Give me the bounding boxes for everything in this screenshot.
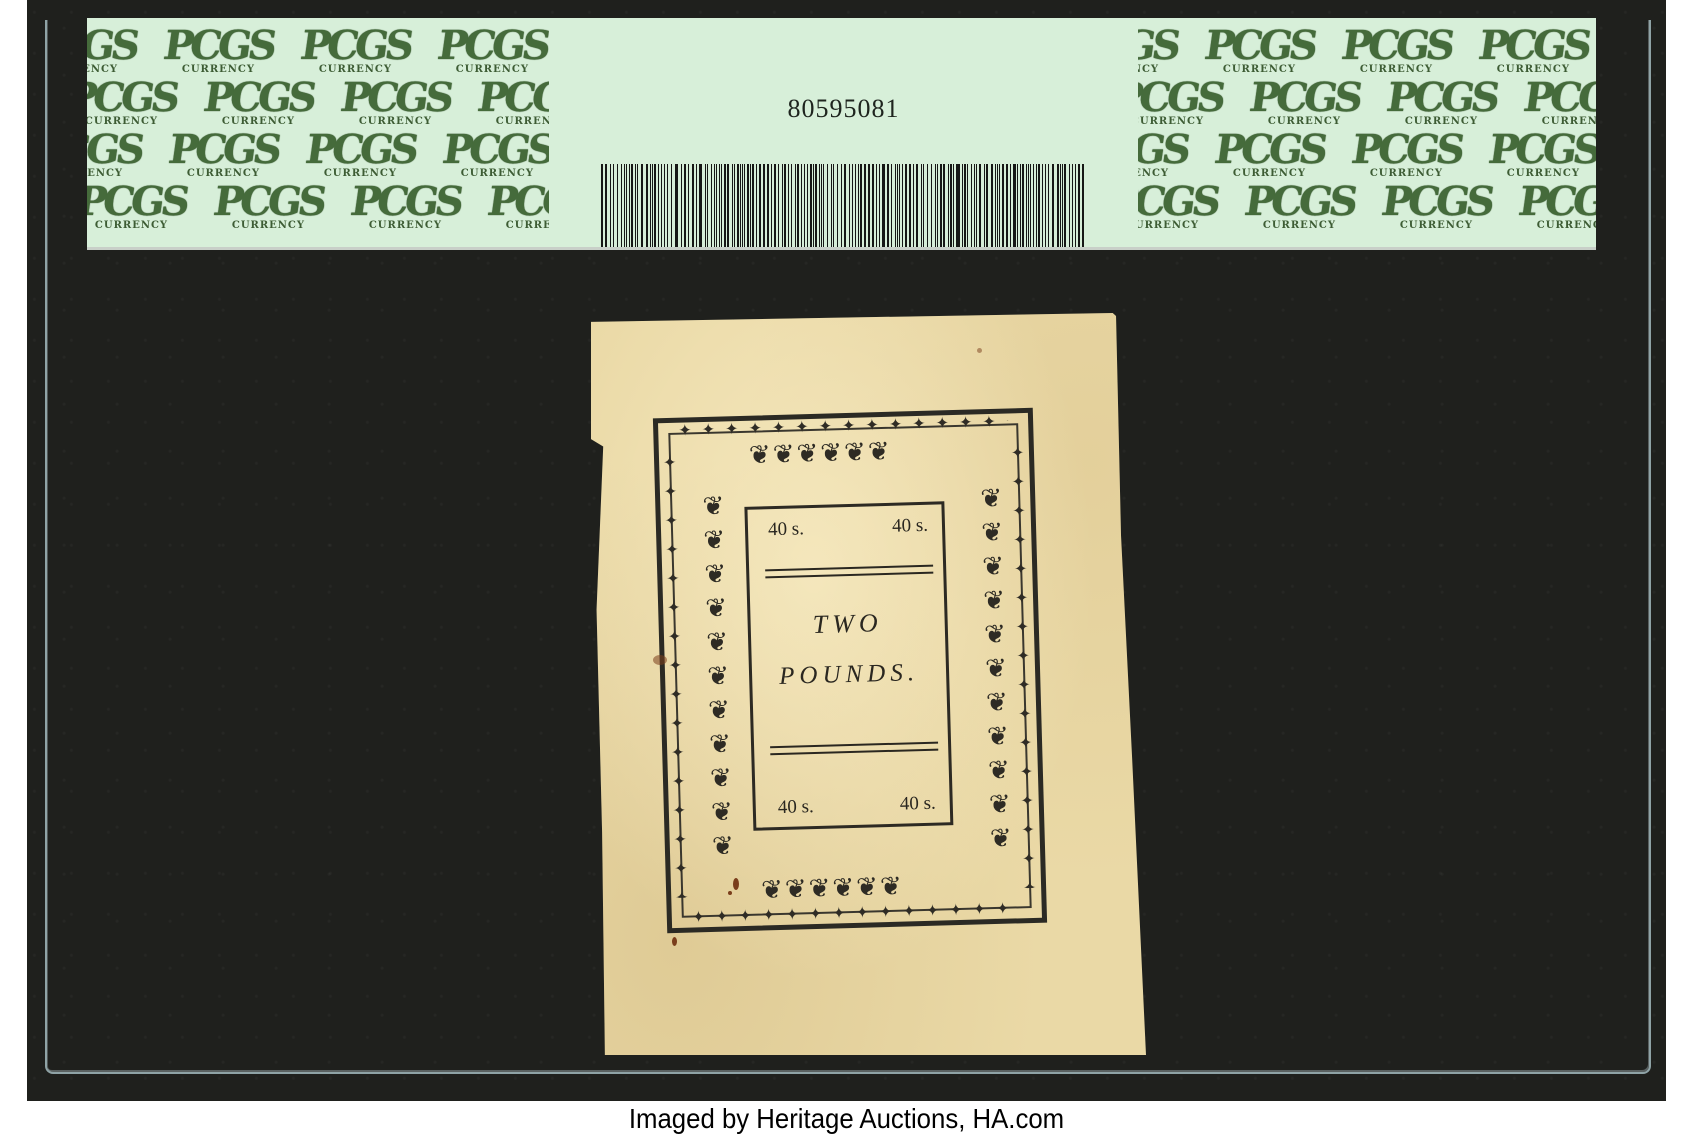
pcgs-logo-icon: PCGSCURRENCY xyxy=(87,132,141,179)
cert-number: 80595081 xyxy=(549,94,1138,124)
value-panel: 40 s. 40 s. TWO POUNDS. 40 s. 40 s. xyxy=(744,501,953,830)
pcgs-logo-icon: PCGSCURRENCY xyxy=(1245,184,1354,231)
denomination-top-right: 40 s. xyxy=(892,515,929,538)
pcgs-pattern-row: PCGSCURRENCYPCGSCURRENCYPCGSCURRENCYPCGS… xyxy=(1138,28,1596,75)
pcgs-pattern-row: PCGSCURRENCYPCGSCURRENCYPCGSCURRENCYPCGS… xyxy=(1138,132,1596,179)
pcgs-logo-icon: PCGSCURRENCY xyxy=(204,80,313,127)
rule-line xyxy=(765,572,933,579)
rule-line xyxy=(770,749,938,756)
pcgs-logo-icon: PCGSCURRENCY xyxy=(1205,28,1314,75)
cert-block: 80595081 PCGS Currency(SM) is a trademar… xyxy=(549,18,1138,247)
pcgs-logo-icon: PCGSCURRENCY xyxy=(1138,28,1177,75)
value-word-pounds: POUNDS. xyxy=(752,658,947,691)
rule-line xyxy=(770,742,938,749)
scroll-ornament-top: ❦❦❦❦❦❦ xyxy=(749,439,892,469)
stain-spot xyxy=(672,937,677,946)
pcgs-pattern-row: PCGSCURRENCYPCGSCURRENCYPCGSCURRENCYPCGS… xyxy=(87,28,549,75)
value-word-two: TWO xyxy=(750,606,945,641)
pcgs-logo-icon: PCGSCURRENCY xyxy=(1519,184,1596,231)
pcgs-logo-icon: PCGSCURRENCY xyxy=(1382,184,1491,231)
pcgs-logo-icon: PCGSCURRENCY xyxy=(87,184,186,231)
pcgs-logo-icon: PCGSCURRENCY xyxy=(306,132,415,179)
pcgs-label: PCGSCURRENCYPCGSCURRENCYPCGSCURRENCYPCGS… xyxy=(87,18,1596,250)
stain-spot xyxy=(733,878,739,890)
pcgs-pattern-row: PCGSCURRENCYPCGSCURRENCYPCGSCURRENCYPCGS… xyxy=(87,80,549,127)
rule-line xyxy=(765,565,933,572)
stain-spot xyxy=(728,891,732,895)
stain-spot xyxy=(653,655,667,665)
stain-spot xyxy=(977,348,982,353)
pcgs-logo-icon: PCGSCURRENCY xyxy=(1342,28,1451,75)
pcgs-logo-icon: PCGSCURRENCY xyxy=(478,80,549,127)
pcgs-logo-icon: PCGSCURRENCY xyxy=(1352,132,1461,179)
pcgs-logo-icon: PCGSCURRENCY xyxy=(1138,184,1217,231)
denomination-bottom-left: 40 s. xyxy=(778,796,815,819)
pcgs-logo-icon: PCGSCURRENCY xyxy=(301,28,410,75)
denomination-top-left: 40 s. xyxy=(768,518,805,541)
pcgs-logo-icon: PCGSCURRENCY xyxy=(1138,80,1222,127)
pcgs-logo-icon: PCGSCURRENCY xyxy=(1489,132,1596,179)
pcgs-logo-icon: PCGSCURRENCY xyxy=(1138,132,1187,179)
scroll-ornament-bottom: ❦❦❦❦❦❦ xyxy=(761,874,904,904)
pcgs-logo-icon: PCGSCURRENCY xyxy=(164,28,273,75)
pcgs-logo-icon: PCGSCURRENCY xyxy=(351,184,460,231)
image-credit-caption: Imaged by Heritage Auctions, HA.com xyxy=(68,1103,1626,1135)
pcgs-logo-icon: PCGSCURRENCY xyxy=(1250,80,1359,127)
pcgs-logo-icon: PCGSCURRENCY xyxy=(169,132,278,179)
pcgs-logo-icon: PCGSCURRENCY xyxy=(1524,80,1596,127)
ornamental-frame: ✦✦✦✦✦✦✦✦✦✦✦✦✦✦✦✦ ✦✦✦✦✦✦✦✦✦✦✦✦✦✦✦✦ ✦✦✦✦✦✦… xyxy=(653,408,1047,933)
pcgs-logo-icon: PCGSCURRENCY xyxy=(443,132,549,179)
barcode-icon xyxy=(601,164,1086,250)
pcgs-logo-icon: PCGSCURRENCY xyxy=(87,80,176,127)
banknote: ✦✦✦✦✦✦✦✦✦✦✦✦✦✦✦✦ ✦✦✦✦✦✦✦✦✦✦✦✦✦✦✦✦ ✦✦✦✦✦✦… xyxy=(591,313,1146,1055)
pcgs-pattern-row: PCGSCURRENCYPCGSCURRENCYPCGSCURRENCYPCGS… xyxy=(87,132,549,179)
pcgs-pattern-left: PCGSCURRENCYPCGSCURRENCYPCGSCURRENCYPCGS… xyxy=(87,18,549,247)
pcgs-logo-icon: PCGSCURRENCY xyxy=(1387,80,1496,127)
pcgs-logo-icon: PCGSCURRENCY xyxy=(1479,28,1588,75)
pcgs-pattern-row: PCGSCURRENCYPCGSCURRENCYPCGSCURRENCYPCGS… xyxy=(87,184,549,231)
pcgs-logo-icon: PCGSCURRENCY xyxy=(341,80,450,127)
pcgs-logo-icon: PCGSCURRENCY xyxy=(1215,132,1324,179)
pcgs-logo-icon: PCGSCURRENCY xyxy=(87,28,136,75)
denomination-bottom-right: 40 s. xyxy=(900,793,937,816)
pcgs-pattern-row: PCGSCURRENCYPCGSCURRENCYPCGSCURRENCYPCGS… xyxy=(1138,184,1596,231)
pcgs-pattern-right: PCGSCURRENCYPCGSCURRENCYPCGSCURRENCYPCGS… xyxy=(1138,18,1596,247)
pcgs-logo-icon: PCGSCURRENCY xyxy=(438,28,547,75)
pcgs-logo-icon: PCGSCURRENCY xyxy=(488,184,549,231)
pcgs-pattern-row: PCGSCURRENCYPCGSCURRENCYPCGSCURRENCYPCGS… xyxy=(1138,80,1596,127)
pcgs-logo-icon: PCGSCURRENCY xyxy=(214,184,323,231)
